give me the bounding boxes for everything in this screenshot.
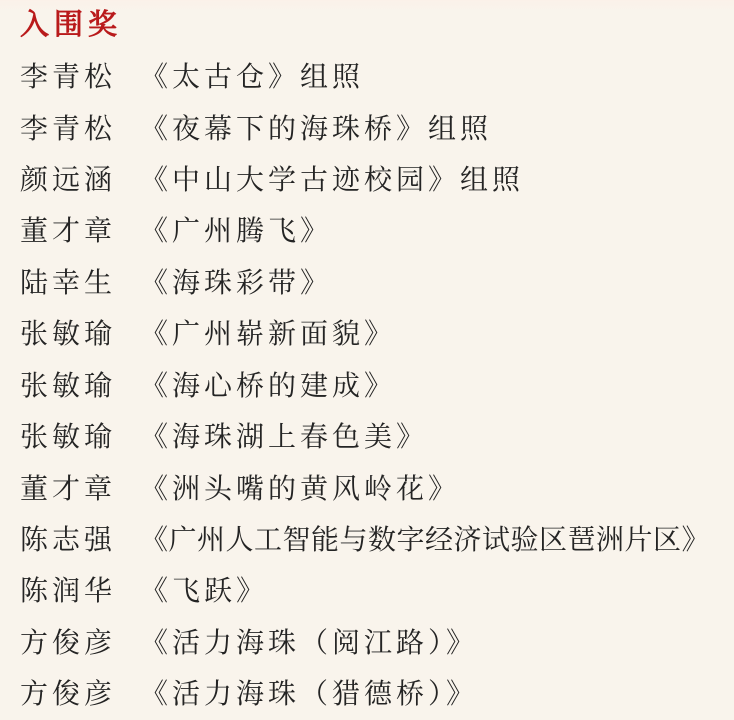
entry-author: 方俊彦 xyxy=(20,629,116,657)
entry-author: 张敏瑜 xyxy=(20,320,116,348)
entry-author: 陆幸生 xyxy=(20,269,116,297)
entry-author: 颜远涵 xyxy=(20,166,116,194)
award-entry: 陈志强 《广州人工智能与数字经济试验区琶洲片区》 xyxy=(20,514,734,565)
entry-author: 方俊彦 xyxy=(20,680,116,708)
award-list-page: 入围奖 李青松 《太古仓》组照 李青松 《夜幕下的海珠桥》组照 颜远涵 《中山大… xyxy=(0,0,734,720)
entry-title: 《太古仓》组照 xyxy=(140,63,364,91)
entry-title: 《海珠湖上春色美》 xyxy=(140,423,428,451)
entry-title: 《海珠彩带》 xyxy=(140,269,332,297)
award-entry: 张敏瑜 《广州崭新面貌》 xyxy=(20,309,734,360)
entry-author: 陈志强 xyxy=(20,526,116,554)
award-entry: 张敏瑜 《海珠湖上春色美》 xyxy=(20,411,734,462)
entry-author: 陈润华 xyxy=(20,577,116,605)
entry-title: 《广州腾飞》 xyxy=(140,217,332,245)
entry-author: 李青松 xyxy=(20,115,116,143)
entry-title: 《广州人工智能与数字经济试验区琶洲片区》 xyxy=(140,526,710,554)
entry-title: 《活力海珠（猎德桥）》 xyxy=(140,680,478,708)
entry-title: 《飞跃》 xyxy=(140,577,268,605)
award-entry: 陆幸生 《海珠彩带》 xyxy=(20,257,734,308)
award-entry: 陈润华 《飞跃》 xyxy=(20,566,734,617)
award-entry: 董才章 《广州腾飞》 xyxy=(20,206,734,257)
entry-title: 《中山大学古迹校园》组照 xyxy=(140,166,524,194)
entry-title: 《广州崭新面貌》 xyxy=(140,320,396,348)
section-heading: 入围奖 xyxy=(20,0,734,51)
entry-author: 董才章 xyxy=(20,475,116,503)
award-entry: 颜远涵 《中山大学古迹校园》组照 xyxy=(20,154,734,205)
award-entry: 张敏瑜 《海心桥的建成》 xyxy=(20,360,734,411)
entry-author: 张敏瑜 xyxy=(20,423,116,451)
award-entry: 方俊彦 《活力海珠（猎德桥）》 xyxy=(20,669,734,720)
entry-title: 《海心桥的建成》 xyxy=(140,372,396,400)
award-entry: 李青松 《夜幕下的海珠桥》组照 xyxy=(20,103,734,154)
entry-title: 《洲头嘴的黄风岭花》 xyxy=(140,475,460,503)
entry-author: 董才章 xyxy=(20,217,116,245)
award-entry: 董才章 《洲头嘴的黄风岭花》 xyxy=(20,463,734,514)
award-entry: 李青松 《太古仓》组照 xyxy=(20,51,734,102)
entry-author: 张敏瑜 xyxy=(20,372,116,400)
entry-author: 李青松 xyxy=(20,63,116,91)
award-entry: 方俊彦 《活力海珠（阅江路）》 xyxy=(20,617,734,668)
entry-title: 《夜幕下的海珠桥》组照 xyxy=(140,115,492,143)
entry-title: 《活力海珠（阅江路）》 xyxy=(140,629,478,657)
